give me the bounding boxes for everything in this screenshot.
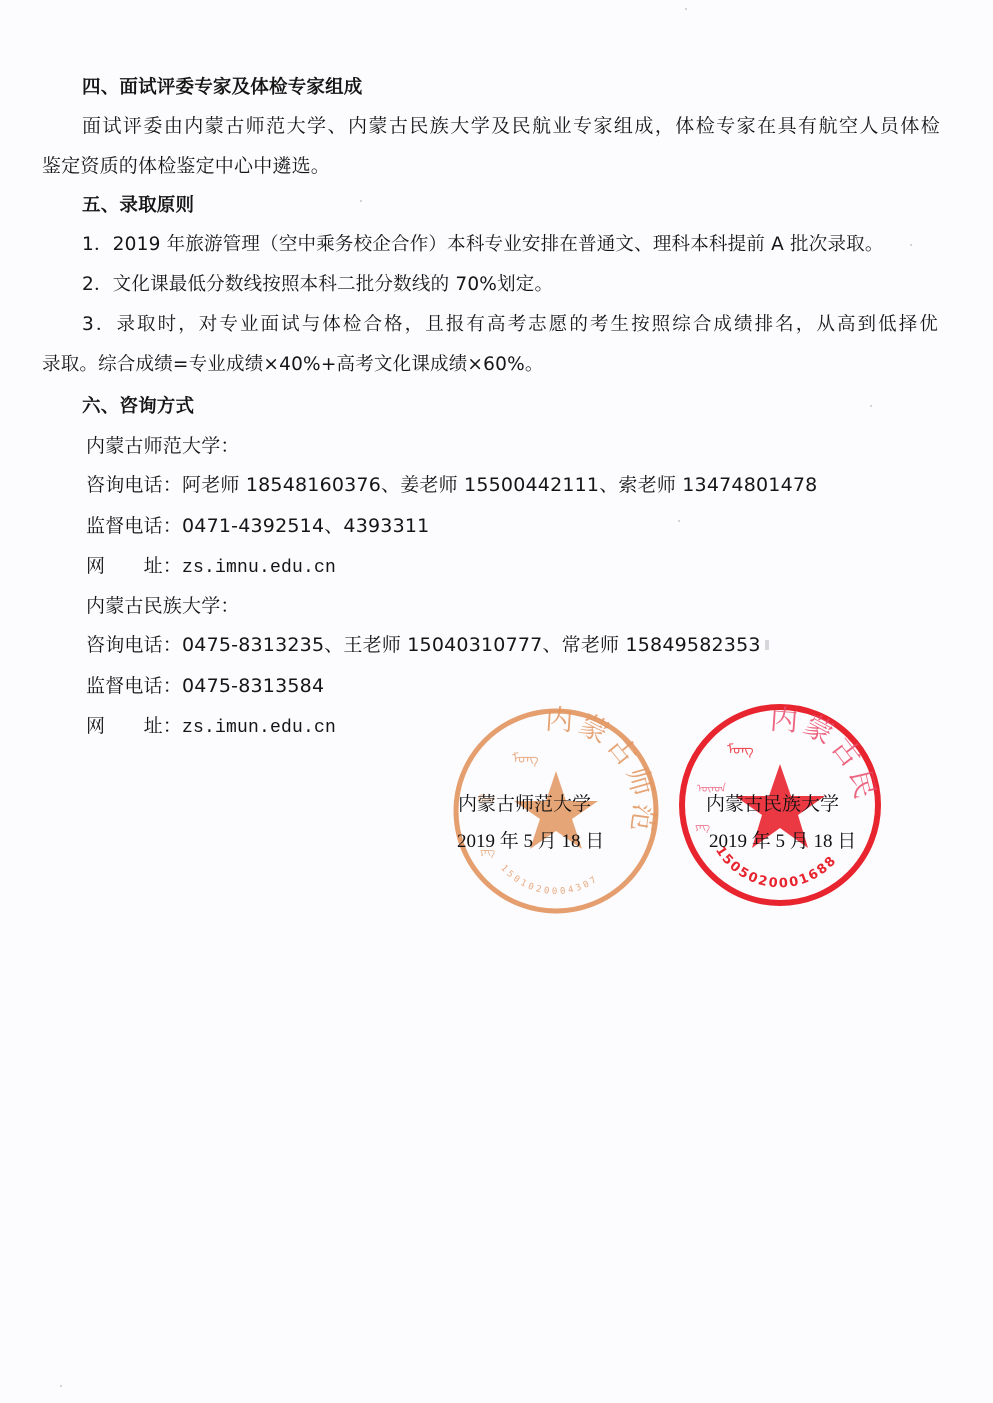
scan-speck [360,200,362,202]
svg-text:1501020004307: 1501020004307 [498,863,601,897]
scan-speck [678,520,680,522]
scan-speck [765,640,769,650]
school-1-supervise-phone: 监督电话：0471-4392514、4393311 [86,514,429,538]
signature-org-imnu: 内蒙古师范大学 [458,793,591,817]
svg-text:ᠮᠣᠩ: ᠮᠣᠩ [512,751,539,768]
signature-org-imun: 内蒙古民族大学 [706,793,839,817]
scan-speck [60,1385,62,1387]
section-4-heading: 四、面试评委专家及体检专家组成 [82,76,363,100]
school-2-website-link[interactable]: zs.imun.edu.cn [182,718,336,738]
document-page: 四、面试评委专家及体检专家组成 面试评委由内蒙古师范大学、内蒙古民族大学及民航业… [0,0,993,1403]
section-6-heading: 六、咨询方式 [82,395,194,419]
school-1-consult-phone: 咨询电话：阿老师 18548160376、姜老师 15500442111、索老师… [86,473,817,497]
scan-speck [870,405,872,407]
school-2-consult-phone: 咨询电话：0475-8313235、王老师 15040310777、常老师 15… [86,633,761,657]
scan-speck [685,8,687,10]
section-4-paragraph-line-1: 面试评委由内蒙古师范大学、内蒙古民族大学及民航业专家组成，体检专家在具有航空人员… [82,114,940,138]
section-5-heading: 五、录取原则 [82,194,194,218]
school-1-name: 内蒙古师范大学： [86,434,240,458]
signature-date-imun: 2019 年 5 月 18 日 [709,830,856,854]
signature-date-imnu: 2019 年 5 月 18 日 [457,830,604,854]
school-2-website-label: 网 址： [86,715,182,737]
school-1-website-row: 网 址：zs.imnu.edu.cn [86,554,336,580]
svg-text:ᠮᠣᠩ: ᠮᠣᠩ [727,742,754,759]
admission-rule-2: 2．文化课最低分数线按照本科二批分数线的 70%划定。 [82,273,553,297]
school-1-website-label: 网 址： [86,555,182,577]
school-2-website-row: 网 址：zs.imun.edu.cn [86,714,336,740]
school-2-supervise-phone: 监督电话：0475-8313584 [86,674,324,698]
admission-rule-3: 3．录取时，对专业面试与体检合格，且报有高考志愿的考生按照综合成绩排名，从高到低… [82,313,938,337]
section-4-paragraph-line-2: 鉴定资质的体检鉴定中心中遴选。 [42,154,330,178]
svg-text:ᠶᠡᠭ: ᠶᠡᠭ [695,820,710,833]
admission-rule-1: 1．2019 年旅游管理（空中乘务校企合作）本科专业安排在普通文、理科本科提前 … [82,233,884,257]
school-2-name: 内蒙古民族大学： [86,594,240,618]
scan-speck [910,244,912,246]
school-1-website-link[interactable]: zs.imnu.edu.cn [182,558,336,578]
admission-rule-3-continued: 录取。综合成绩=专业成绩×40%+高考文化课成绩×60%。 [42,353,544,377]
